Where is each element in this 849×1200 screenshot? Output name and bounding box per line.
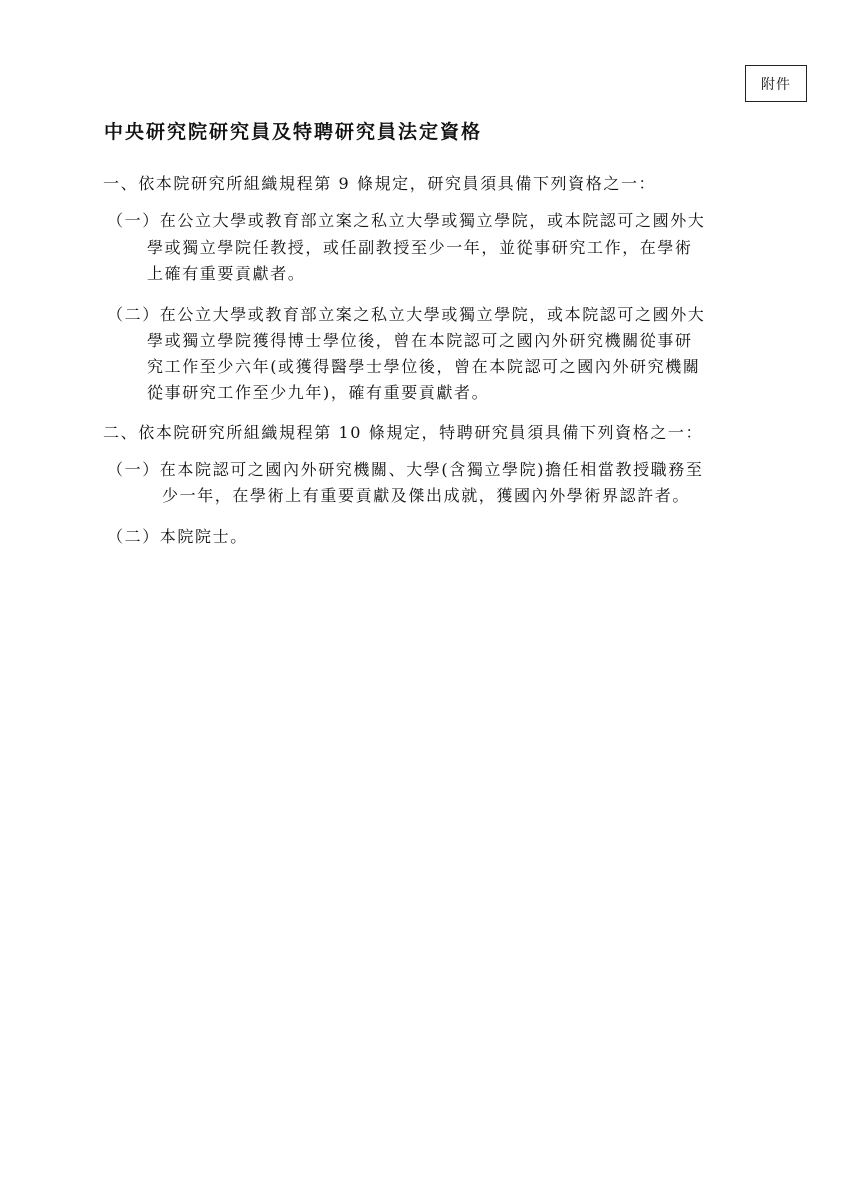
section-2-item-2-line-1: （二）本院院士。 bbox=[107, 524, 248, 547]
section-1-item-2-line-2: 學或獨立學院獲得博士學位後，曾在本院認可之國內外研究機關從事研 bbox=[147, 328, 693, 351]
section-1-item-1-line-1: （一）在公立大學或教育部立案之私立大學或獨立學院，或本院認可之國外大 bbox=[107, 208, 705, 231]
section-1-item-2-line-3: 究工作至少六年(或獲得醫學士學位後，曾在本院認可之國內外研究機關 bbox=[147, 354, 700, 377]
section-1-item-2-line-4: 從事研究工作至少九年)，確有重要貢獻者。 bbox=[147, 380, 489, 403]
section-2-item-1-line-2: 少一年，在學術上有重要貢獻及傑出成就，獲國內外學術界認許者。 bbox=[162, 483, 690, 506]
attachment-label: 附件 bbox=[745, 65, 807, 102]
section-1-item-1-line-3: 上確有重要貢獻者。 bbox=[147, 261, 305, 284]
section-2-item-1-line-1: （一）在本院認可之國內外研究機關、大學(含獨立學院)擔任相當教授職務至 bbox=[107, 457, 704, 480]
section-1-heading: 一、依本院研究所組織規程第 9 條規定，研究員須具備下列資格之一： bbox=[103, 171, 656, 194]
section-2-heading: 二、依本院研究所組織規程第 10 條規定，特聘研究員須具備下列資格之一： bbox=[103, 420, 703, 443]
document-title: 中央研究院研究員及特聘研究員法定資格 bbox=[104, 117, 482, 144]
section-1-item-2-line-1: （二）在公立大學或教育部立案之私立大學或獨立學院，或本院認可之國外大 bbox=[107, 302, 705, 325]
attachment-label-text: 附件 bbox=[761, 74, 791, 94]
section-1-item-1-line-2: 學或獨立學院任教授，或任副教授至少一年，並從事研究工作，在學術 bbox=[147, 235, 693, 258]
